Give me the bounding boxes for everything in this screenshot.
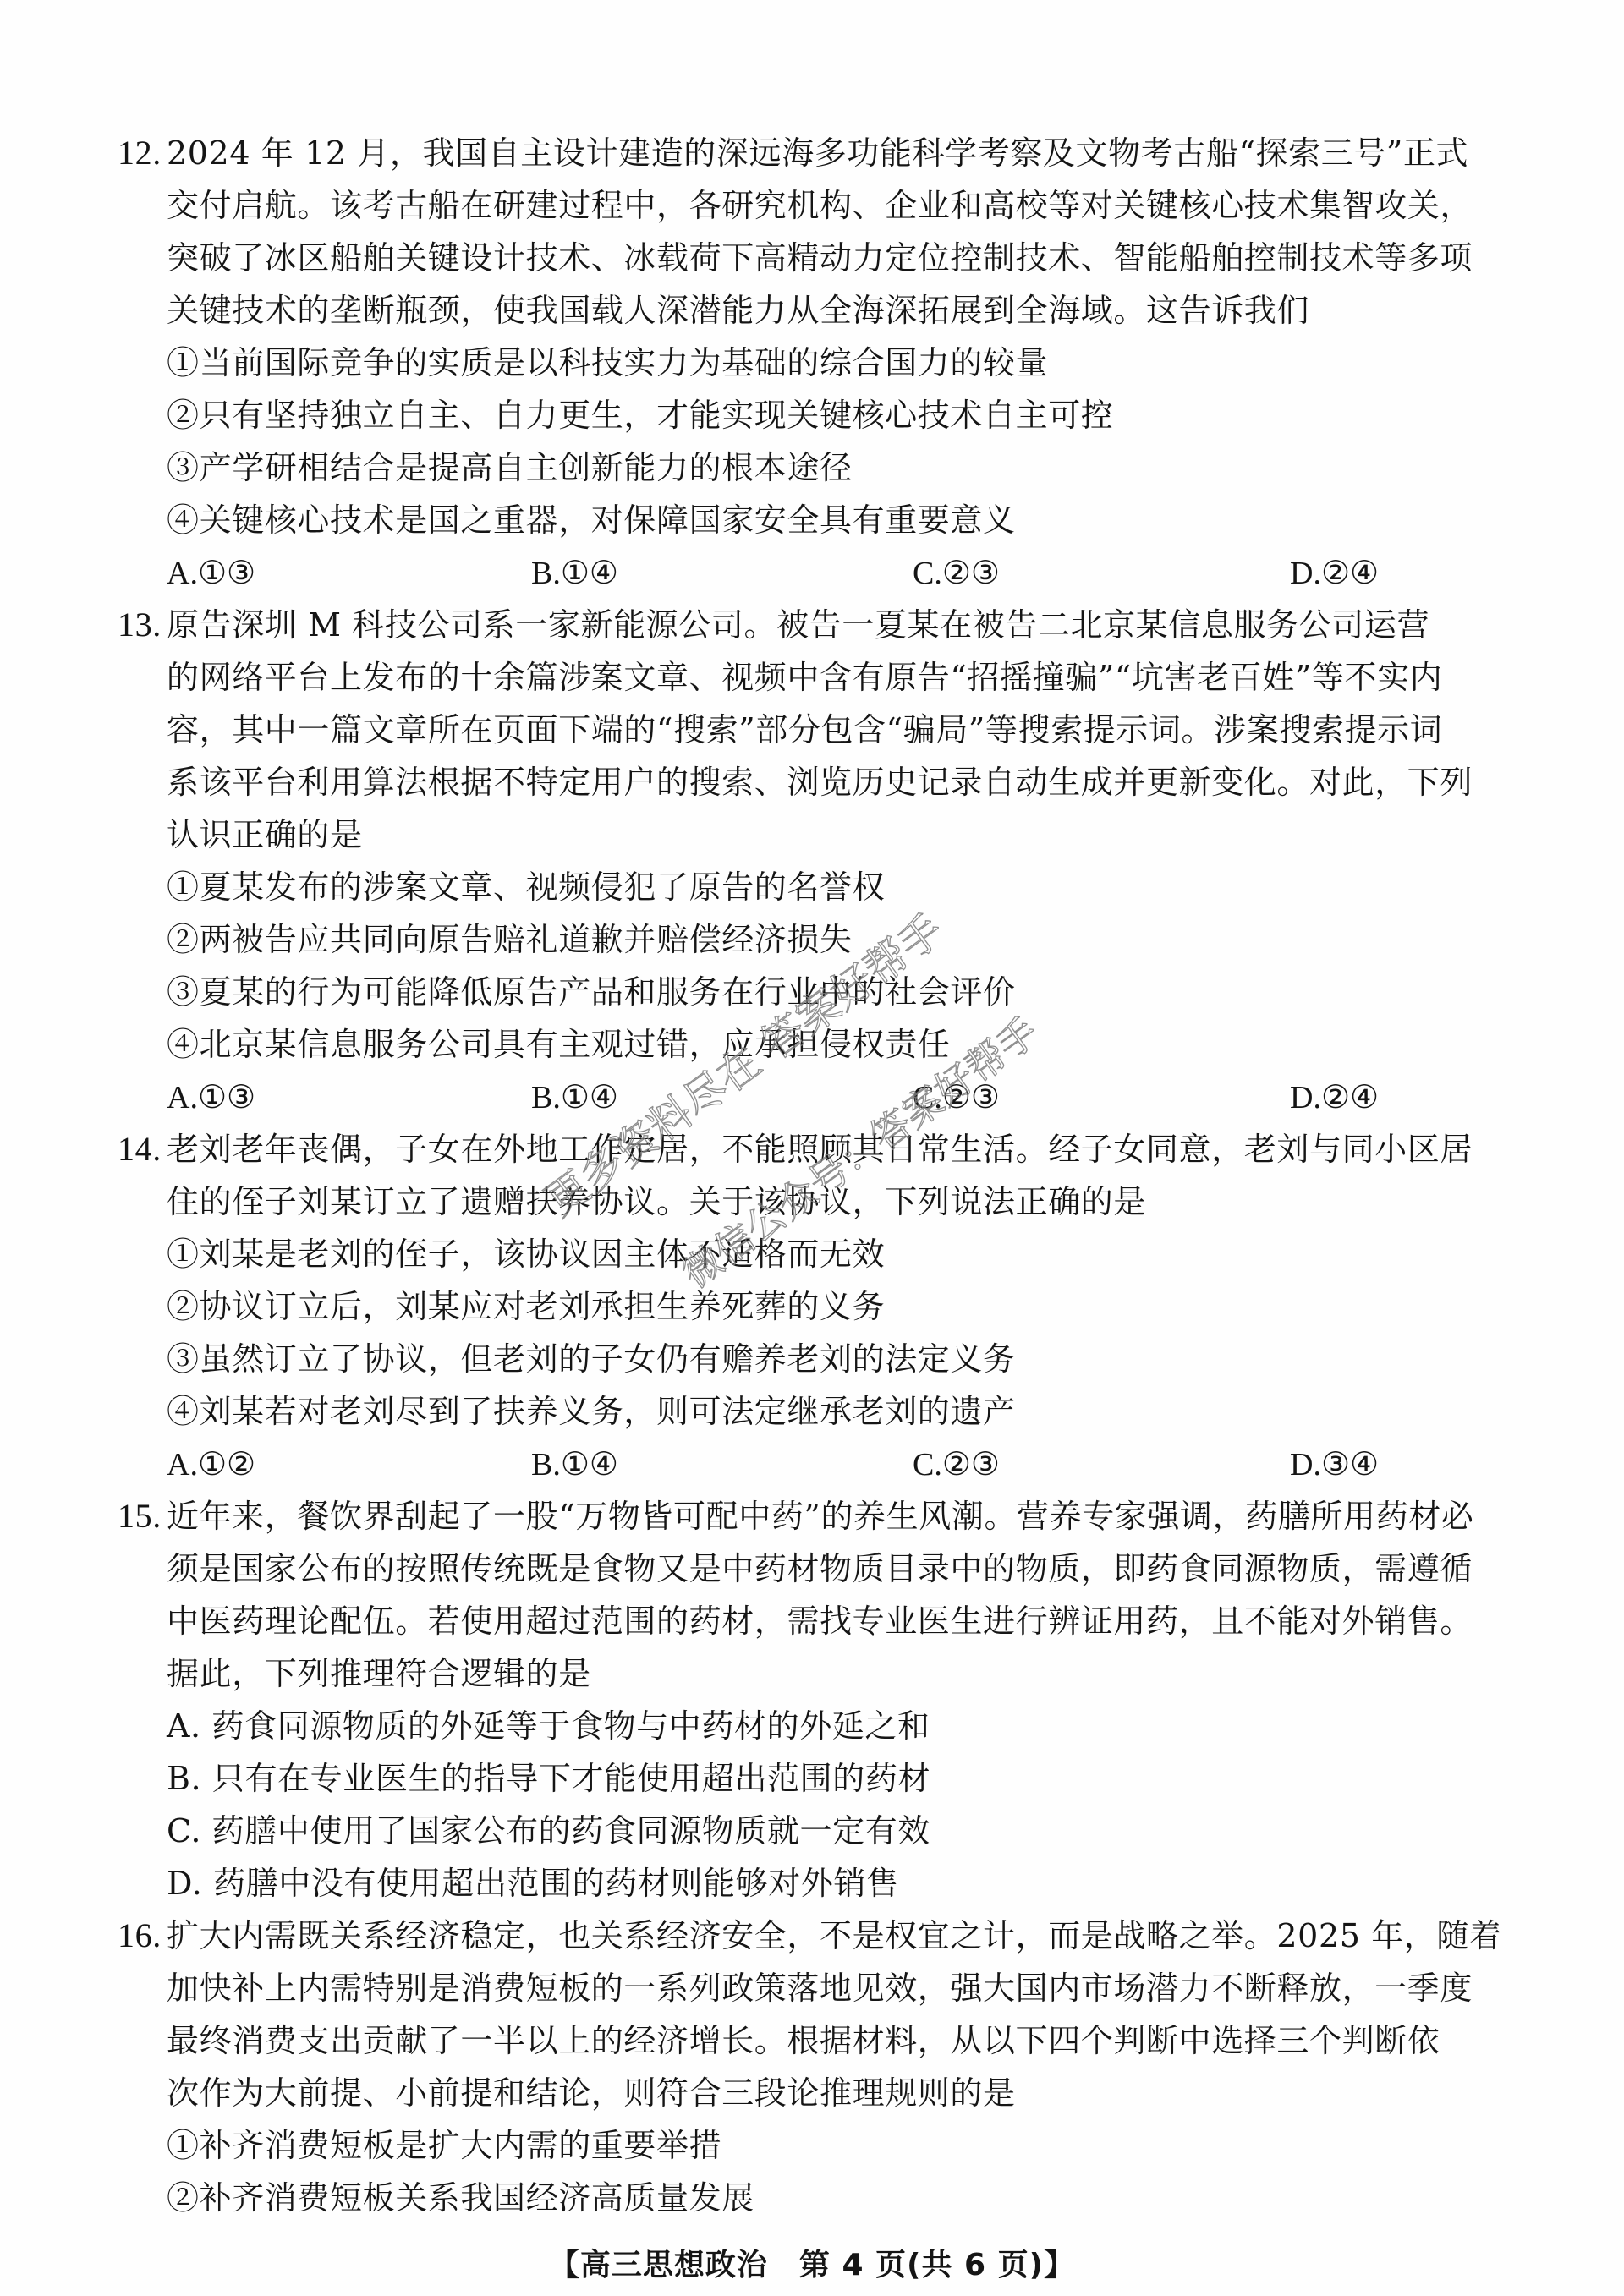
question-number: 14. [118,1123,167,1175]
question-15: 15.近年来，餐饮界刮起了一股“万物皆可配中药”的养生风潮。营养专家强调，药膳所… [118,1490,1517,1910]
option-b: B.①④ [531,1438,618,1491]
question-14: 14.老刘老年丧偶，子女在外地工作定居，不能照顾其日常生活。经子女同意，老刘与同… [118,1123,1517,1490]
question-stem-line: 最终消费支出贡献了一半以上的经济增长。根据材料，从以下四个判断中选择三个判断依 [118,2014,1517,2067]
option-value: ②④ [1321,554,1379,591]
stem-text: 2024 年 12 月，我国自主设计建造的深远海多功能科学考察及文物考古船“探索… [167,134,1468,172]
option-value: ②③ [942,554,1000,591]
option-b: B.①④ [531,546,618,600]
stem-text: 近年来，餐饮界刮起了一股“万物皆可配中药”的养生风潮。营养专家强调，药膳所用药材… [167,1498,1473,1535]
option-d: D.③④ [1290,1438,1379,1491]
option-a: A.①③ [167,546,255,600]
option-letter: A. [167,1080,198,1115]
question-stem-line: 系该平台利用算法根据不特定用户的搜索、浏览历史记录自动生成并更新变化。对此，下列 [118,756,1517,808]
question-stem-line: 容，其中一篇文章所在页面下端的“搜索”部分包含“骗局”等搜索提示词。涉案搜索提示… [118,704,1517,756]
option-d: D.②④ [1290,546,1379,600]
question-stem-line: 关键技术的垄断瓶颈，使我国载人深潜能力从全海深拓展到全海域。这告诉我们 [118,284,1517,337]
question-number: 16. [118,1910,167,1962]
option-c: C.②③ [913,1071,1000,1124]
question-stem-line: 16.扩大内需既关系经济稳定，也关系经济安全，不是权宜之计，而是战略之举。202… [118,1910,1517,1962]
option-letter: C. [913,556,942,591]
option-value: ①③ [198,1078,255,1115]
question-stem-line: 15.近年来，餐饮界刮起了一股“万物皆可配中药”的养生风潮。营养专家强调，药膳所… [118,1490,1517,1543]
statement-item: ②只有坚持独立自主、自力更生，才能实现关键核心技术自主可控 [118,389,1517,441]
choice-b: B. 只有在专业医生的指导下才能使用超出范围的药材 [118,1752,1517,1805]
answer-options: A.①③ B.①④ C.②③ D.②④ [118,1071,1517,1123]
question-12: 12.2024 年 12 月，我国自主设计建造的深远海多功能科学考察及文物考古船… [118,127,1517,599]
statement-item: ②协议订立后，刘某应对老刘承担生养死葬的义务 [118,1280,1517,1333]
question-16: 16.扩大内需既关系经济稳定，也关系经济安全，不是权宜之计，而是战略之举。202… [118,1910,1517,2224]
question-number: 12. [118,127,167,179]
exam-page: 12.2024 年 12 月，我国自主设计建造的深远海多功能科学考察及文物考古船… [0,0,1624,2296]
stem-text: 扩大内需既关系经济稳定，也关系经济安全，不是权宜之计，而是战略之举。2025 年… [167,1917,1502,1954]
statement-item: ②两被告应共同向原告赔礼道歉并赔偿经济损失 [118,913,1517,966]
question-stem-line: 据此，下列推理符合逻辑的是 [118,1647,1517,1700]
option-value: ①④ [561,554,618,591]
option-letter: A. [167,1447,198,1482]
statement-item: ①当前国际竞争的实质是以科技实力为基础的综合国力的较量 [118,337,1517,389]
option-letter: D. [1290,1447,1321,1482]
option-a: A.①② [167,1438,255,1491]
statement-item: ③虽然订立了协议，但老刘的子女仍有赡养老刘的法定义务 [118,1333,1517,1385]
stem-text: 老刘老年丧偶，子女在外地工作定居，不能照顾其日常生活。经子女同意，老刘与同小区居 [167,1131,1473,1168]
choice-d: D. 药膳中没有使用超出范围的药材则能够对外销售 [118,1857,1517,1910]
answer-options: A.①③ B.①④ C.②③ D.②④ [118,546,1517,599]
option-value: ①④ [561,1078,618,1115]
question-stem-line: 13.原告深圳 M 科技公司系一家新能源公司。被告一夏某在被告二北京某信息服务公… [118,599,1517,651]
question-number: 13. [118,599,167,651]
question-stem-line: 的网络平台上发布的十余篇涉案文章、视频中含有原告“招摇撞骗”“坑害老百姓”等不实… [118,651,1517,704]
choice-c: C. 药膳中使用了国家公布的药食同源物质就一定有效 [118,1805,1517,1857]
questions-container: 12.2024 年 12 月，我国自主设计建造的深远海多功能科学考察及文物考古船… [118,127,1517,2224]
question-stem-line: 突破了冰区船舶关键设计技术、冰载荷下高精动力定位控制技术、智能船舶控制技术等多项 [118,232,1517,284]
option-letter: B. [531,1447,561,1482]
option-value: ②④ [1321,1078,1379,1115]
option-value: ③④ [1321,1445,1379,1482]
page-footer: 【高三思想政治 第 4 页(共 6 页)】 [0,2241,1624,2284]
question-13: 13.原告深圳 M 科技公司系一家新能源公司。被告一夏某在被告二北京某信息服务公… [118,599,1517,1123]
option-letter: B. [531,1080,561,1115]
question-stem-line: 12.2024 年 12 月，我国自主设计建造的深远海多功能科学考察及文物考古船… [118,127,1517,179]
option-value: ②③ [942,1078,1000,1115]
option-c: C.②③ [913,1438,1000,1491]
statement-item: ①刘某是老刘的侄子，该协议因主体不适格而无效 [118,1228,1517,1280]
option-letter: B. [531,556,561,591]
question-stem-line: 14.老刘老年丧偶，子女在外地工作定居，不能照顾其日常生活。经子女同意，老刘与同… [118,1123,1517,1175]
option-value: ②③ [942,1445,1000,1482]
option-letter: D. [1290,556,1321,591]
question-stem-line: 次作为大前提、小前提和结论，则符合三段论推理规则的是 [118,2067,1517,2119]
option-value: ①④ [561,1445,618,1482]
question-stem-line: 加快补上内需特别是消费短板的一系列政策落地见效，强大国内市场潜力不断释放，一季度 [118,1962,1517,2014]
choice-a: A. 药食同源物质的外延等于食物与中药材的外延之和 [118,1700,1517,1752]
statement-item: ③夏某的行为可能降低原告产品和服务在行业中的社会评价 [118,966,1517,1018]
answer-options: A.①② B.①④ C.②③ D.③④ [118,1438,1517,1490]
statement-item: ③产学研相结合是提高自主创新能力的根本途径 [118,441,1517,494]
question-stem-line: 交付启航。该考古船在研建过程中，各研究机构、企业和高校等对关键核心技术集智攻关， [118,179,1517,232]
option-d: D.②④ [1290,1071,1379,1124]
option-value: ①③ [198,554,255,591]
statement-item: ②补齐消费短板关系我国经济高质量发展 [118,2172,1517,2224]
question-stem-line: 中医药理论配伍。若使用超过范围的药材，需找专业医生进行辨证用药，且不能对外销售。 [118,1595,1517,1647]
question-number: 15. [118,1490,167,1543]
option-value: ①② [198,1445,255,1482]
option-letter: A. [167,556,198,591]
question-stem-line: 认识正确的是 [118,808,1517,861]
option-letter: C. [913,1080,942,1115]
statement-item: ④关键核心技术是国之重器，对保障国家安全具有重要意义 [118,494,1517,546]
statement-item: ①夏某发布的涉案文章、视频侵犯了原告的名誉权 [118,861,1517,913]
option-c: C.②③ [913,546,1000,600]
option-letter: C. [913,1447,942,1482]
statement-item: ①补齐消费短板是扩大内需的重要举措 [118,2119,1517,2172]
question-stem-line: 住的侄子刘某订立了遗赠扶养协议。关于该协议，下列说法正确的是 [118,1175,1517,1228]
option-letter: D. [1290,1080,1321,1115]
statement-item: ④北京某信息服务公司具有主观过错，应承担侵权责任 [118,1018,1517,1071]
option-a: A.①③ [167,1071,255,1124]
statement-item: ④刘某若对老刘尽到了扶养义务，则可法定继承老刘的遗产 [118,1385,1517,1438]
question-stem-line: 须是国家公布的按照传统既是食物又是中药材物质目录中的物质，即药食同源物质，需遵循 [118,1543,1517,1595]
stem-text: 原告深圳 M 科技公司系一家新能源公司。被告一夏某在被告二北京某信息服务公司运营 [167,606,1429,644]
option-b: B.①④ [531,1071,618,1124]
